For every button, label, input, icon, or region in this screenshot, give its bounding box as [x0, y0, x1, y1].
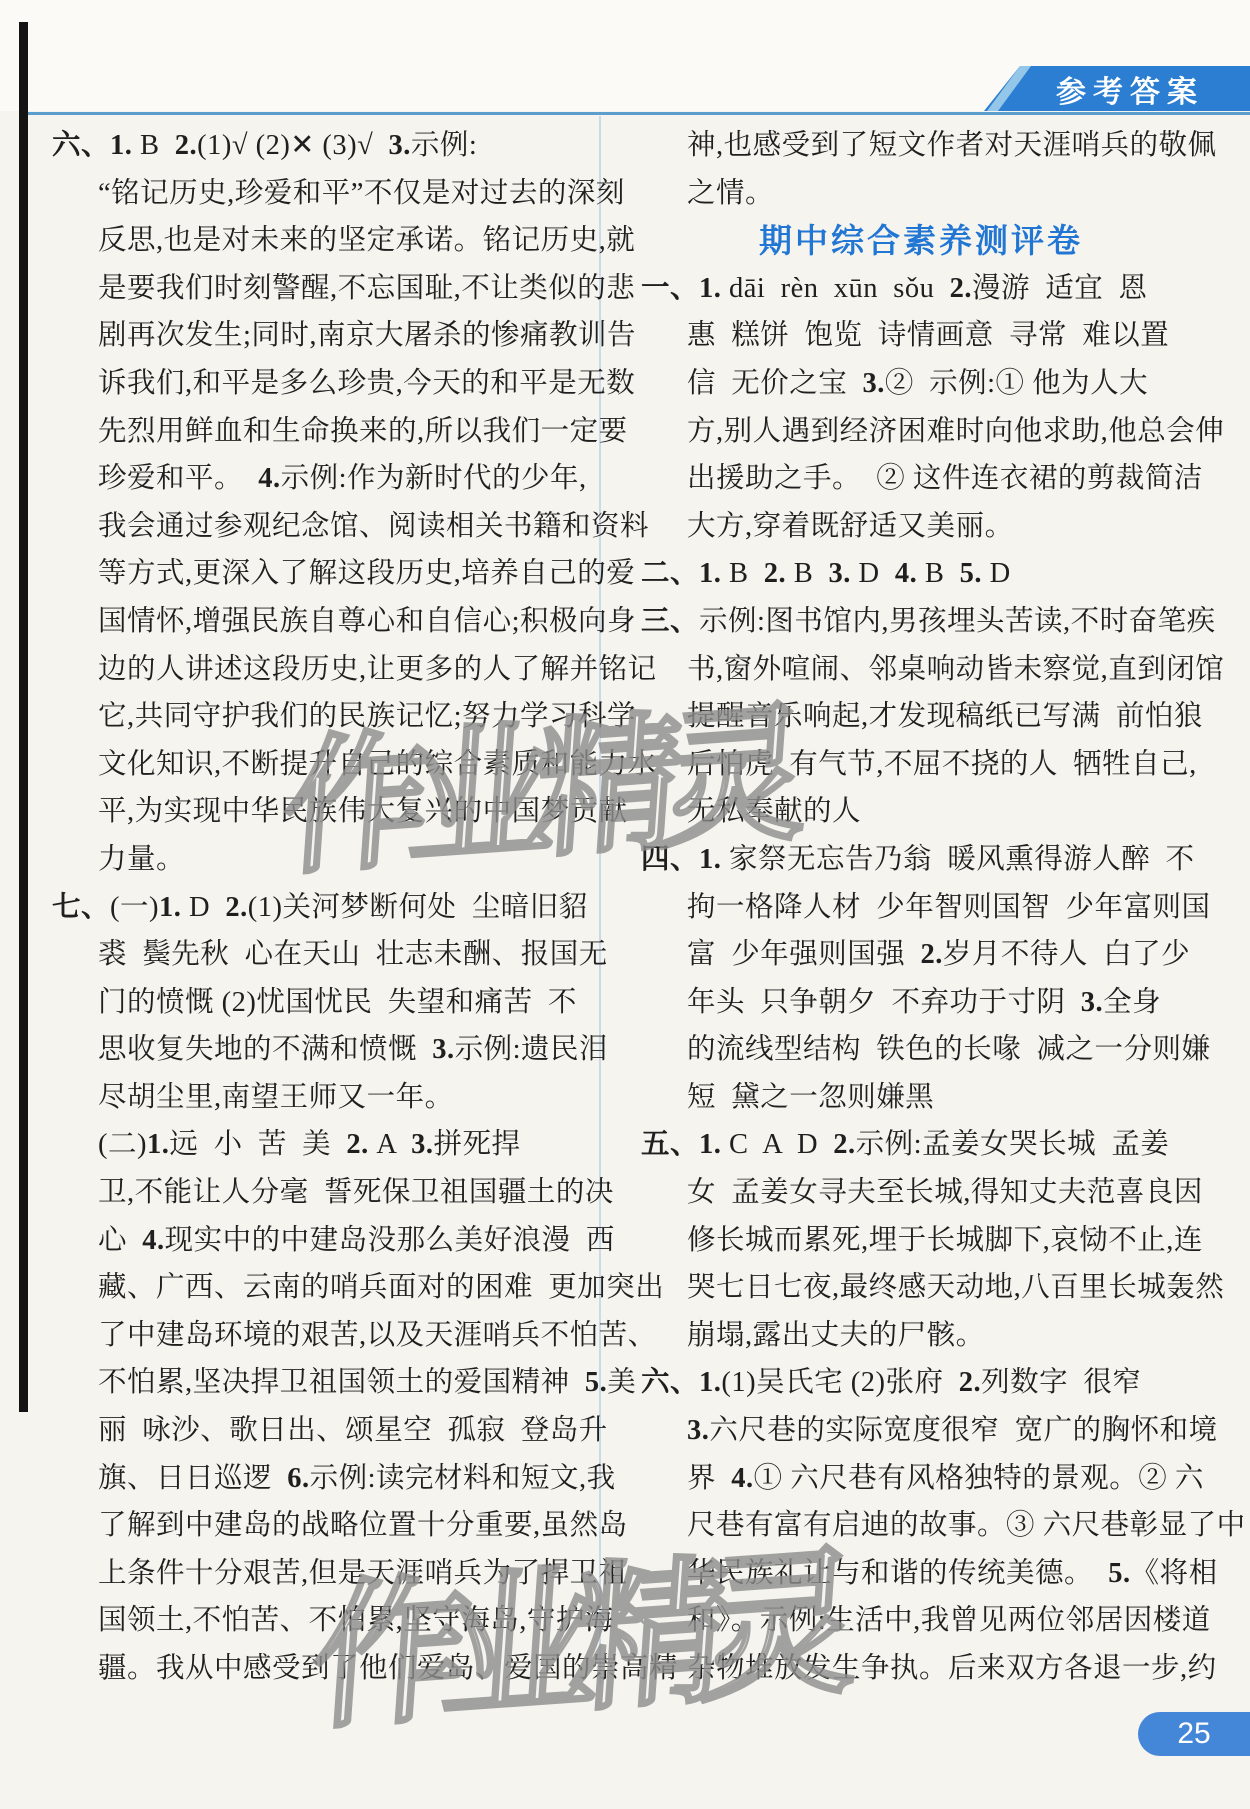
answer-line: 拘一格降人材 少年智则国智 少年富则国	[641, 884, 1201, 932]
answer-line: 思收复失地的不满和愤慨 3.示例:遗民泪	[52, 1026, 612, 1074]
answer-line: 二、1. B 2. B 3. D 4. B 5. D	[641, 550, 1201, 598]
answer-line: 年头 只争朝夕 不弃功于寸阴 3.全身	[641, 979, 1201, 1027]
answer-line: 提醒音乐响起,才发现稿纸已写满 前怕狼	[641, 693, 1201, 741]
answer-line: (二)1.远 小 苦 美 2. A 3.拼死捍	[52, 1121, 612, 1169]
answer-line: 尺巷有富有启迪的故事。③ 六尺巷彰显了中	[641, 1502, 1201, 1550]
answer-line: 我会通过参观纪念馆、阅读相关书籍和资料	[52, 503, 612, 551]
answer-line: 国领土,不怕苦、不怕累,坚守海岛,守护海	[52, 1597, 612, 1645]
answers-tab: 参考答案	[984, 66, 1250, 111]
left-margin-bar	[19, 22, 28, 1412]
answer-line: 大方,穿着既舒适又美丽。	[641, 503, 1201, 551]
answer-line: 丽 咏沙、歌日出、颂星空 孤寂 登岛升	[52, 1407, 612, 1455]
answer-line: 华民族礼让与和谐的传统美德。 5.《将相	[641, 1550, 1201, 1598]
answer-line: 七、(一)1. D 2.(1)关河梦断何处 尘暗旧貂	[52, 884, 612, 932]
answer-line: 出援助之手。 ② 这件连衣裙的剪裁简洁	[641, 455, 1201, 503]
answer-line: 了中建岛环境的艰苦,以及天涯哨兵不怕苦、	[52, 1312, 612, 1360]
answer-line: 先烈用鲜血和生命换来的,所以我们一定要	[52, 408, 612, 456]
answer-line: 尽胡尘里,南望王师又一年。	[52, 1074, 612, 1122]
answer-line: 门的愤慨 (2)忧国忧民 失望和痛苦 不	[52, 979, 612, 1027]
answer-line: 书,窗外喧闹、邻桌响动皆未察觉,直到闭馆	[641, 646, 1201, 694]
answer-line: 六、1.(1)吴氏宅 (2)张府 2.列数字 很窄	[641, 1359, 1201, 1407]
answer-line: 它,共同守护我们的民族记忆;努力学习科学	[52, 693, 612, 741]
answer-line: 惠 糕饼 饱览 诗情画意 寻常 难以置	[641, 312, 1201, 360]
answer-line: 3.六尺巷的实际宽度很窄 宽广的胸怀和境	[641, 1407, 1201, 1455]
answer-line: 心 4.现实中的中建岛没那么美好浪漫 西	[52, 1217, 612, 1265]
answer-line: 文化知识,不断提升自己的综合素质和能力水	[52, 741, 612, 789]
answer-line: 疆。我从中感受到了他们爱岛、爱国的崇高精	[52, 1645, 612, 1693]
answer-line: 四、1. 家祭无忘告乃翁 暖风熏得游人醉 不	[641, 836, 1201, 884]
answer-line: 无私奉献的人	[641, 788, 1201, 836]
answer-line: 短 黛之一忽则嫌黑	[641, 1074, 1201, 1122]
header-rule	[28, 112, 1250, 115]
answers-tab-label: 参考答案	[1030, 67, 1204, 111]
answer-line: 裘 鬓先秋 心在天山 壮志未酬、报国无	[52, 931, 612, 979]
answer-line: 神,也感受到了短文作者对天涯哨兵的敬佩	[641, 122, 1201, 170]
answer-line: 剧再次发生;同时,南京大屠杀的惨痛教训告	[52, 312, 612, 360]
answer-line: 诉我们,和平是多么珍贵,今天的和平是无数	[52, 360, 612, 408]
answer-line: 五、1. C A D 2.示例:孟姜女哭长城 孟姜	[641, 1121, 1201, 1169]
answer-line: 边的人讲述这段历史,让更多的人了解并铭记	[52, 646, 612, 694]
left-column: 六、1. B 2.(1)√ (2)✕ (3)√ 3.示例:“铭记历史,珍爱和平”…	[52, 122, 612, 1693]
answer-line: 卫,不能让人分毫 誓死保卫祖国疆土的决	[52, 1169, 612, 1217]
answer-line: 六、1. B 2.(1)√ (2)✕ (3)√ 3.示例:	[52, 122, 612, 170]
answer-line: 和》。示例:生活中,我曾见两位邻居因楼道	[641, 1597, 1201, 1645]
answer-line: 旗、日日巡逻 6.示例:读完材料和短文,我	[52, 1455, 612, 1503]
answer-line: 是要我们时刻警醒,不忘国耻,不让类似的悲	[52, 265, 612, 313]
answer-line: 珍爱和平。 4.示例:作为新时代的少年,	[52, 455, 612, 503]
right-column: 神,也感受到了短文作者对天涯哨兵的敬佩之情。期中综合素养测评卷一、1. dāi …	[641, 122, 1201, 1693]
answer-line: 力量。	[52, 836, 612, 884]
answer-line: 后怕虎 有气节,不屈不挠的人 牺牲自己,	[641, 741, 1201, 789]
answer-line: 不怕累,坚决捍卫祖国领土的爱国精神 5.美	[52, 1359, 612, 1407]
page-number-pill: 25	[1138, 1712, 1250, 1756]
page-number: 25	[1177, 1717, 1210, 1751]
answer-line: 反思,也是对未来的坚定承诺。铭记历史,就	[52, 217, 612, 265]
answer-line: 杂物堆放发生争执。后来双方各退一步,约	[641, 1645, 1201, 1693]
answer-line: 方,别人遇到经济困难时向他求助,他总会伸	[641, 408, 1201, 456]
answer-line: 修长城而累死,埋于长城脚下,哀恸不止,连	[641, 1217, 1201, 1265]
answer-line: 等方式,更深入了解这段历史,培养自己的爱	[52, 550, 612, 598]
answer-line: 哭七日七夜,最终感天动地,八百里长城轰然	[641, 1264, 1201, 1312]
section-heading: 期中综合素养测评卷	[641, 217, 1201, 265]
answer-line: 三、示例:图书馆内,男孩埋头苦读,不时奋笔疾	[641, 598, 1201, 646]
answer-line: 信 无价之宝 3.② 示例:① 他为人大	[641, 360, 1201, 408]
answer-line: 女 孟姜女寻夫至长城,得知丈夫范喜良因	[641, 1169, 1201, 1217]
answer-line: 之情。	[641, 170, 1201, 218]
answer-line: 平,为实现中华民族伟大复兴的中国梦贡献	[52, 788, 612, 836]
answer-line: 富 少年强则国强 2.岁月不待人 白了少	[641, 931, 1201, 979]
answer-line: 藏、广西、云南的哨兵面对的困难 更加突出	[52, 1264, 612, 1312]
answer-line: 界 4.① 六尺巷有风格独特的景观。② 六	[641, 1455, 1201, 1503]
answer-line: 上条件十分艰苦,但是天涯哨兵为了捍卫祖	[52, 1550, 612, 1598]
answer-line: 国情怀,增强民族自尊心和自信心;积极向身	[52, 598, 612, 646]
answer-line: 的流线型结构 铁色的长喙 减之一分则嫌	[641, 1026, 1201, 1074]
answer-line: 崩塌,露出丈夫的尸骸。	[641, 1312, 1201, 1360]
answer-line: 一、1. dāi rèn xūn sǒu 2.漫游 适宜 恩	[641, 265, 1201, 313]
answer-line: 了解到中建岛的战略位置十分重要,虽然岛	[52, 1502, 612, 1550]
answer-line: “铭记历史,珍爱和平”不仅是对过去的深刻	[52, 170, 612, 218]
